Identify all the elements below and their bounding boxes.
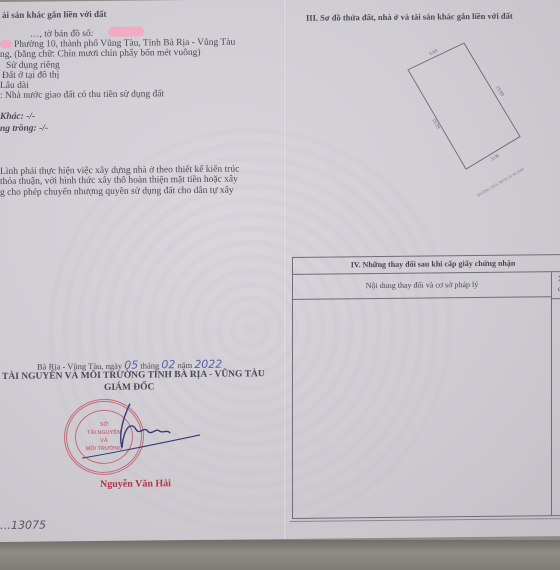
origin-line: : Nhà nước giao đất có thu tiền sử dụng … — [0, 89, 164, 101]
changes-table: IV. Những thay đổi sau khi cấp giấy chứn… — [292, 254, 560, 519]
land-certificate-document: ài sản khác gắn liền với đất …, tờ bản đ… — [0, 0, 560, 542]
signature-icon — [80, 395, 220, 466]
column-header-confirmation: Xác nhận của cơ… — [552, 272, 560, 299]
signer-name: Nguyễn Văn Hải — [100, 478, 171, 490]
section-heading: ài sản khác gắn liền với đất — [2, 9, 107, 20]
background-surface — [0, 540, 560, 570]
svg-text:5.00: 5.00 — [491, 154, 502, 163]
redaction-mark — [108, 26, 144, 36]
area-line: ng, (bằng chữ: Chín mươi chín phẩy bốn m… — [0, 48, 201, 60]
signer-title: GIÁM ĐỐC — [104, 382, 154, 393]
usage-term-line: Lâu dài — [0, 81, 29, 91]
other-label: Khác: -/- — [0, 112, 35, 122]
map-sheet-line: …, tờ bản đồ số: — [30, 29, 93, 40]
planting-label: ng trồng: -/- — [0, 123, 48, 134]
issuing-authority: TÀI NGUYÊN VÀ MÔI TRƯỜNG TỈNH BÀ RỊA - V… — [2, 369, 265, 382]
parcel-diagram: 5.00 19.89 19.89 5.00 ĐƯỜNG QUY HOẠCH 18… — [390, 36, 530, 207]
svg-text:ĐƯỜNG QUY HOẠCH 18-20M: ĐƯỜNG QUY HOẠCH 18-20M — [476, 166, 525, 198]
page-border — [290, 518, 560, 522]
svg-text:19.89: 19.89 — [430, 118, 440, 131]
serial-number: …13075 — [0, 519, 46, 532]
section-iii-heading: III. Sơ đồ thửa đất, nhà ở và tài sản kh… — [306, 11, 513, 23]
page-fold — [283, 0, 287, 539]
note-line: g cho phép chuyển nhượng quyền sử dụng đ… — [0, 186, 234, 198]
usage-form-line: Sử dụng riêng — [6, 60, 60, 71]
land-purpose-line: Đất ở tại đô thị — [2, 70, 59, 81]
redaction-mark — [0, 40, 12, 48]
column-header-content: Nội dung thay đổi và cơ sở pháp lý — [293, 272, 552, 300]
column-divider — [551, 296, 552, 515]
